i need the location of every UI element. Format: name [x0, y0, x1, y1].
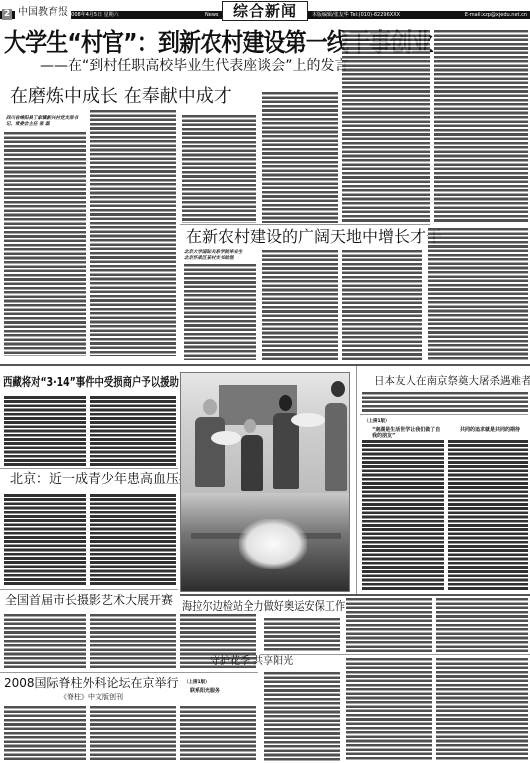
article-text-column	[182, 115, 256, 223]
news-photo	[180, 372, 350, 592]
article-text-column	[342, 250, 422, 360]
news-label: News	[205, 11, 219, 19]
flowers	[211, 431, 241, 445]
article-headline-spine-forum: 2008国际脊柱外科论坛在京举行	[4, 677, 179, 689]
editor-line: 本版编辑/张友华 Tel:(010)-82296XXX	[312, 11, 400, 19]
person	[325, 403, 347, 491]
article-text-column	[436, 658, 528, 761]
article-headline-hailar: 海拉尔边检站全力做好奥运安保工作	[182, 600, 345, 612]
article-text-column	[264, 672, 340, 761]
article-headline-guard: 守护花季 共享阳光	[210, 657, 293, 667]
section1-byline: 四川省绵阳县丁家镇新兴村党支部书记、常委会主任 张 磊	[6, 116, 86, 128]
section2-byline: 北京大学国际关系学院毕业生 北京怀柔区某村支书助理	[184, 250, 244, 262]
person-head	[203, 399, 217, 415]
article-headline-japan: 日本友人在南京祭奠大屠杀遇难者	[374, 376, 530, 387]
photo-scene-lower	[181, 493, 349, 592]
masthead: 2 中国教育报 ///// 2008年4月5日 星期六 News 综合新闻 本版…	[0, 0, 530, 22]
section2-heading: 在新农村建设的广阔天地中增长才干	[186, 229, 442, 245]
article-text-column	[346, 598, 432, 652]
article-text-column	[4, 396, 86, 466]
editor-email: E-mail:xzp@xjedu.net.cn	[465, 11, 527, 19]
column-divider	[356, 366, 357, 596]
divider	[260, 654, 530, 655]
article-lead	[362, 392, 528, 412]
article-text-column	[90, 706, 176, 761]
person	[241, 435, 263, 491]
article-text-column	[184, 264, 256, 360]
issue-date: 2008年4月5日 星期六	[68, 11, 119, 19]
flowers	[291, 413, 325, 427]
wreath	[239, 519, 307, 569]
article-subhead: 联系阳光服务	[190, 688, 220, 694]
article-text-column	[264, 618, 340, 652]
article-text-column	[90, 110, 176, 356]
photo-scene-upper	[181, 373, 349, 493]
divider	[0, 468, 178, 469]
divider	[180, 224, 430, 225]
article-text-column	[428, 228, 528, 360]
section1-heading: 在磨炼中成长 在奉献中成才	[10, 88, 232, 106]
decorative-slashes: /////	[52, 11, 62, 19]
person-head	[331, 381, 345, 397]
article-text-column	[90, 396, 176, 466]
article-headline-photo-contest: 全国首届市长摄影艺术大展开赛	[5, 594, 173, 606]
article-text-column	[362, 440, 444, 590]
article-text-column	[262, 92, 338, 223]
article-text-column	[4, 132, 86, 356]
divider	[360, 414, 528, 415]
article-text-column	[90, 494, 176, 586]
article-subhead: 共同的追求就是共同的期待	[460, 427, 528, 433]
divider	[0, 589, 178, 590]
article-headline-beijing: 北京：近一成青少年患高血压病	[10, 473, 192, 486]
article-text-column	[434, 30, 528, 223]
article-text-column	[4, 614, 86, 670]
person-head	[279, 395, 292, 411]
article-text-column	[262, 250, 338, 360]
article-headline-tibet: 西藏将对“3·14”事件中受损商户予以援助	[3, 376, 179, 388]
article-text-column	[448, 440, 528, 590]
article-subhead: “南湖是生活世学让我们做了自我的朋友”	[372, 427, 442, 439]
article-text-column	[436, 598, 528, 652]
person-head	[244, 419, 256, 433]
article-text-column	[90, 614, 176, 670]
continued-tag: （上接1版）	[184, 680, 210, 686]
article-text-column	[180, 706, 256, 761]
person	[195, 417, 225, 487]
section-divider	[180, 594, 530, 596]
divider	[0, 672, 258, 673]
page-number: 2	[2, 9, 12, 20]
article-text-column	[346, 658, 432, 761]
article-text-column	[4, 706, 86, 761]
continued-tag: （上接1版）	[364, 419, 390, 425]
article-subheadline-spine-forum: 《脊柱》中文版创刊	[60, 694, 123, 701]
lead-subheadline: ——在“到村任职高校毕业生代表座谈会”上的发言	[40, 59, 349, 73]
section-divider	[0, 364, 530, 366]
section-title: 综合新闻	[222, 1, 308, 21]
article-text-column	[4, 494, 86, 586]
article-text-column	[342, 30, 430, 223]
newspaper-logo: 中国教育报	[15, 7, 71, 19]
